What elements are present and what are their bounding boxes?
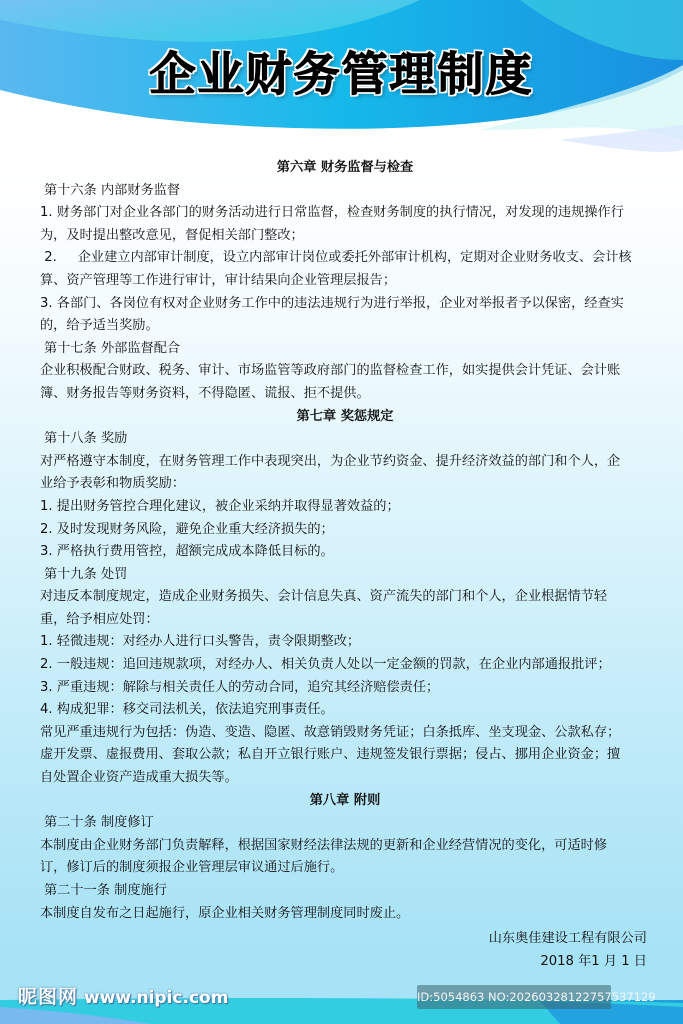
paragraph-line: 2. 一般违规：追回违规款项，对经办人、相关负责人处以一定金额的罚款，在企业内部… bbox=[40, 654, 650, 677]
document-body: 第六章 财务监督与检查 第十六条 内部财务监督 1. 财务部门对企业各部门的财务… bbox=[40, 157, 650, 925]
chapter-8-title: 第八章 附则 bbox=[40, 790, 650, 813]
paragraph-line: 1. 财务部门对企业各部门的财务活动进行日常监督，检查财务制度的执行情况，对发现… bbox=[40, 202, 650, 225]
article-16-heading: 第十六条 内部财务监督 bbox=[40, 180, 650, 203]
paragraph-line: 企业积极配合财政、税务、审计、市场监管等政府部门的监督检查工作，如实提供会计凭证… bbox=[40, 360, 650, 383]
paragraph-line: 3. 严格执行费用管控，超额完成成本降低目标的。 bbox=[40, 541, 650, 564]
paragraph-line: 2. 企业建立内部审计制度，设立内部审计岗位或委托外部审计机构，定期对企业财务收… bbox=[40, 247, 650, 270]
image-id-badge: ID:5054863 NO:20260328122757537129 bbox=[417, 985, 611, 1009]
paragraph-line: 重，给予相应处罚： bbox=[40, 609, 650, 632]
chapter-6-title: 第六章 财务监督与检查 bbox=[40, 157, 650, 180]
paragraph-line: 3. 各部门、各岗位有权对企业财务工作中的违法违规行为进行举报，企业对举报者予以… bbox=[40, 293, 650, 316]
article-18-heading: 第十八条 奖励 bbox=[40, 428, 650, 451]
paragraph-line: 1. 轻微违规：对经办人进行口头警告，责令限期整改； bbox=[40, 631, 650, 654]
paragraph-line: 常见严重违规行为包括：伪造、变造、隐匿、故意销毁财务凭证；白条抵库、坐支现金、公… bbox=[40, 722, 650, 745]
article-19-heading: 第十九条 处罚 bbox=[40, 564, 650, 587]
paragraph-line: 虚开发票、虚报费用、套取公款；私自开立银行账户、违规签发银行票据；侵占、挪用企业… bbox=[40, 744, 650, 767]
paragraph-line: 的，给予适当奖励。 bbox=[40, 315, 650, 338]
logo-text: 昵图网 bbox=[18, 986, 78, 1008]
paragraph-line: 本制度自发布之日起施行，原企业相关财务管理制度同时废止。 bbox=[40, 903, 650, 926]
paragraph-line: 4. 构成犯罪：移交司法机关，依法追究刑事责任。 bbox=[40, 699, 650, 722]
paragraph-line: 簿、财务报告等财务资料，不得隐匿、谎报、拒不提供。 bbox=[40, 383, 650, 406]
paragraph-line: 2. 及时发现财务风险，避免企业重大经济损失的； bbox=[40, 519, 650, 542]
logo-url: www.nipic.com bbox=[84, 988, 228, 1008]
header-banner: 企业财务管理制度 bbox=[0, 0, 683, 160]
paragraph-line: 业给予表彰和物质奖励： bbox=[40, 473, 650, 496]
paragraph-line: 本制度由企业财务部门负责解释，根据国家财经法律法规的更新和企业经营情况的变化，可… bbox=[40, 835, 650, 858]
article-17-heading: 第十七条 外部监督配合 bbox=[40, 338, 650, 361]
signature-date: 2018 年1 月 1 日 bbox=[540, 950, 647, 969]
signature-company: 山东奥佳建设工程有限公司 bbox=[489, 927, 647, 946]
paragraph-line: 为，及时提出整改意见，督促相关部门整改； bbox=[40, 225, 650, 248]
paragraph-line: 对违反本制度规定，造成企业财务损失、会计信息失真、资产流失的部门和个人，企业根据… bbox=[40, 586, 650, 609]
watermark-logo: 昵图网www.nipic.com bbox=[18, 982, 228, 1009]
chapter-7-title: 第七章 奖惩规定 bbox=[40, 406, 650, 429]
paragraph-line: 算、资产管理等工作进行审计，审计结果向企业管理层报告； bbox=[40, 270, 650, 293]
paragraph-line: 对严格遵守本制度，在财务管理工作中表现突出，为企业节约资金、提升经济效益的部门和… bbox=[40, 451, 650, 474]
article-20-heading: 第二十条 制度修订 bbox=[40, 812, 650, 835]
paragraph-line: 3. 严重违规：解除与相关责任人的劳动合同，追究其经济赔偿责任； bbox=[40, 677, 650, 700]
page-title: 企业财务管理制度 bbox=[0, 38, 683, 104]
paragraph-line: 订，修订后的制度须报企业管理层审议通过后施行。 bbox=[40, 857, 650, 880]
paragraph-line: 自处置企业资产造成重大损失等。 bbox=[40, 767, 650, 790]
paragraph-line: 1. 提出财务管控合理化建议，被企业采纳并取得显著效益的； bbox=[40, 496, 650, 519]
article-21-heading: 第二十一条 制度施行 bbox=[40, 880, 650, 903]
